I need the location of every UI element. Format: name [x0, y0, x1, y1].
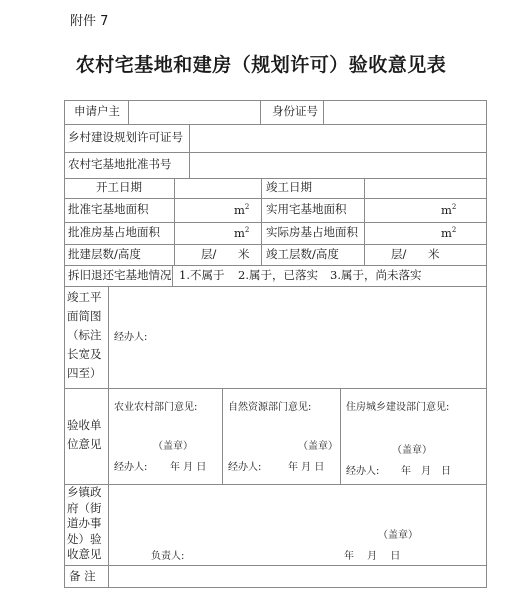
start-date-field[interactable] — [175, 179, 260, 197]
approved-floors-label: 批建层数/高度 — [68, 249, 141, 261]
approved-site-area-label: 批准宅基地面积 — [68, 204, 149, 216]
housing-dept-handler: 经办人: — [346, 467, 379, 477]
plan-sketch-label: 竣工平 面简图 （标注 长宽及 四至） — [67, 288, 105, 383]
agriculture-dept-handler: 经办人: — [114, 463, 147, 473]
remarks-field[interactable] — [109, 566, 486, 587]
demolish-option-1[interactable]: 1.不属于 — [179, 270, 224, 282]
township-leader-label: 负责人: — [151, 552, 184, 562]
finish-date-label: 竣工日期 — [266, 182, 312, 194]
actual-footprint-label: 实际房基占地面积 — [266, 227, 358, 239]
row-divider — [64, 265, 487, 266]
township-date: 年 月 日 — [344, 552, 400, 562]
col-divider — [260, 100, 261, 124]
row-divider — [64, 198, 487, 199]
township-seal: （盖章） — [378, 531, 418, 541]
finish-date-field[interactable] — [365, 179, 486, 197]
natural-resources-dept-title: 自然资源部门意见: — [228, 403, 311, 413]
meter-unit: 米 — [428, 249, 440, 261]
permit-number-label: 乡村建设规划许可证号 — [68, 132, 183, 144]
finished-floors-label: 竣工层数/高度 — [266, 249, 339, 261]
unit-m2: m2 — [234, 204, 249, 216]
agriculture-dept-seal: （盖章） — [153, 442, 193, 452]
annex-label: 附件 7 — [70, 10, 108, 29]
permit-number-field[interactable] — [190, 125, 486, 151]
unit-m2: m2 — [441, 227, 456, 239]
applicant-field[interactable] — [129, 101, 259, 123]
agriculture-dept-date: 年 月 日 — [170, 463, 206, 473]
housing-dept-date: 年 月 日 — [401, 467, 451, 477]
unit-m2: m2 — [441, 204, 456, 216]
housing-dept-seal: （盖章） — [392, 446, 432, 456]
col-divider — [261, 178, 262, 265]
floor-unit: 层/ — [391, 249, 406, 261]
township-opinion-label: 乡镇政 府（街 道办事 处）验 收意见 — [67, 485, 105, 563]
start-date-label: 开工日期 — [96, 182, 142, 194]
demolish-option-2[interactable]: 2.属于，已落实 — [238, 270, 318, 282]
id-number-field[interactable] — [324, 101, 486, 123]
id-number-label: 身份证号 — [272, 106, 318, 118]
approval-number-field[interactable] — [190, 153, 486, 177]
plan-sketch-area[interactable] — [109, 287, 486, 387]
acceptance-unit-label: 验收单 位意见 — [67, 416, 105, 454]
floor-unit: 层/ — [201, 249, 216, 261]
approved-footprint-label: 批准房基占地面积 — [68, 227, 160, 239]
page-title: 农村宅基地和建房（规划许可）验收意见表 — [0, 50, 522, 77]
row-divider — [64, 244, 487, 245]
actual-site-area-label: 实用宅基地面积 — [266, 204, 347, 216]
unit-m2: m2 — [234, 227, 249, 239]
row-divider — [64, 222, 487, 223]
demolish-option-3[interactable]: 3.属于，尚未落实 — [330, 270, 421, 282]
applicant-label: 申请户主 — [74, 106, 120, 118]
meter-unit: 米 — [238, 249, 250, 261]
approval-number-label: 农村宅基地批准书号 — [68, 159, 172, 171]
natural-resources-dept-handler: 经办人: — [228, 463, 261, 473]
remarks-label: 备 注 — [69, 571, 96, 583]
housing-dept-title: 住房城乡建设部门意见: — [346, 403, 449, 413]
demolish-label: 拆旧退还宅基地情况 — [68, 270, 172, 282]
natural-resources-dept-seal: （盖章） — [298, 442, 338, 452]
plan-handler-label: 经办人: — [114, 333, 147, 343]
natural-resources-dept-date: 年 月 日 — [288, 463, 324, 473]
agriculture-dept-title: 农业农村部门意见: — [114, 403, 197, 413]
col-divider — [172, 265, 173, 286]
